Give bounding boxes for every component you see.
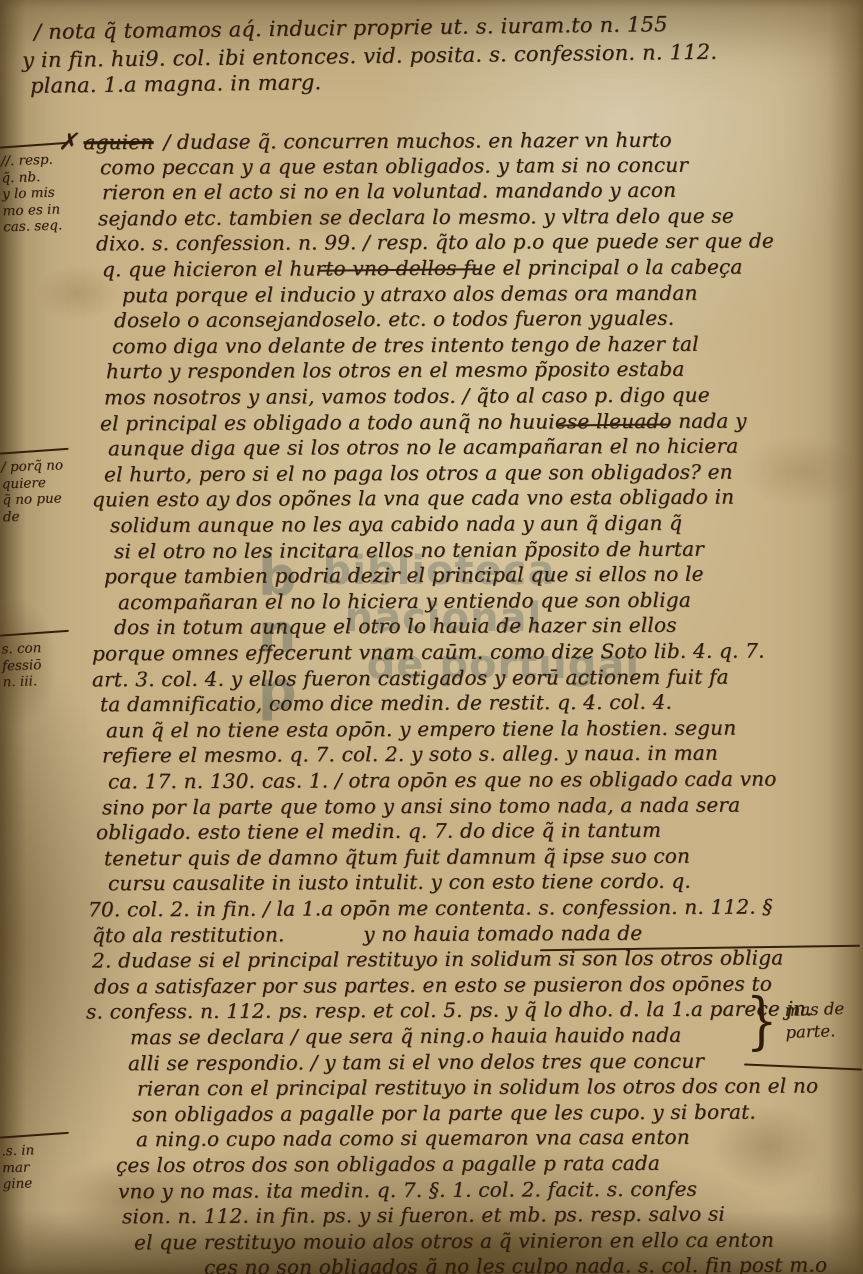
- body-line: acompañaran el no lo hiciera y entiendo …: [118, 588, 691, 614]
- body-line: q̃to ala restitution. y no hauia tomado …: [92, 920, 642, 946]
- header-note-line: / nota q̃ tomamos aq́. inducir proprie u…: [34, 12, 668, 44]
- body-line: 70. col. 2. in fin. / la 1.a opōn me con…: [88, 895, 773, 922]
- brace-note-text: mas departe.: [781, 998, 846, 1044]
- margin-note-line: n. iii.: [2, 672, 85, 691]
- body-line: como peccan y a que estan obligados. y t…: [100, 152, 688, 179]
- body-line: porque omnes effecerunt vnam caūm. como …: [92, 639, 765, 666]
- body-line: como diga vno delante de tres intento te…: [112, 332, 699, 359]
- body-line: dixo. s. confession. n. 99. / resp. q̃to…: [96, 229, 774, 256]
- body-line: ca. 17. n. 130. cas. 1. / otra opōn es q…: [108, 767, 777, 794]
- body-line: tenetur quis de damno q̃tum fuit damnum …: [104, 844, 690, 871]
- body-line: puta porque el inducio y atraxo alos dem…: [122, 280, 698, 307]
- body-line: porque tambien podria dezir el principal…: [104, 562, 704, 589]
- body-line: alli se respondio. / y tam si el vno del…: [128, 1048, 704, 1075]
- brace-icon: }: [746, 990, 778, 1052]
- body-line: cursu causalite in iusto intulit. y con …: [108, 869, 691, 896]
- body-line: mas se declara / que sera q̃ ning.o haui…: [130, 1023, 681, 1049]
- body-line: aun q̃ el no tiene esta opōn. y empero t…: [106, 715, 736, 742]
- brace-underline-stroke: [744, 1063, 862, 1071]
- body-line: el principal es obligado a todo aunq̃ no…: [100, 408, 747, 435]
- body-line: sion. n. 112. in fin. ps. y si fueron. e…: [122, 1202, 725, 1229]
- body-line: dos a satisfazer por sus partes. en esto…: [94, 971, 772, 998]
- body-line: refiere el mesmo. q. 7. col. 2. y soto s…: [102, 741, 718, 768]
- body-line: rieron en el acto si no en la voluntad. …: [102, 178, 676, 205]
- body-line: mos nosotros y ansi, vamos todos. / q̃to…: [104, 383, 710, 410]
- right-margin-brace-note: } mas departe.: [742, 990, 845, 1052]
- body-line: sino por la parte que tomo y ansi sino t…: [102, 792, 740, 819]
- body-line: aunque diga que si los otros no le acamp…: [108, 434, 738, 461]
- body-line: ✗aguien/ dudase q̃. concurren muchos. en…: [58, 127, 672, 156]
- body-line-text: / dudase q̃. concurren muchos. en hazer …: [163, 128, 671, 154]
- body-line: çes no son obligados q̃ no les culpo nad…: [204, 1253, 827, 1274]
- body-line: 2. dudase si el principal restituyo in s…: [92, 946, 783, 973]
- manuscript-page: bnp bibliotecanacionalde portugal / nota…: [0, 0, 863, 1274]
- body-line: quien esto ay dos opõnes la vna que cada…: [92, 485, 734, 512]
- body-line: ta damnificatio, como dice medin. de res…: [100, 690, 672, 716]
- body-line: son obligados a pagalle por la parte que…: [132, 1099, 756, 1126]
- body-line: çes los otros dos son obligados a pagall…: [116, 1151, 660, 1177]
- body-line: solidum aunque no les aya cabido nada y …: [110, 511, 682, 537]
- body-line: doselo o aconsejandoselo. etc. o todos f…: [114, 306, 674, 332]
- body-line: hurto y responden los otros en el mesmo …: [106, 357, 685, 384]
- body-line: sejando etc. tambien se declara lo mesmo…: [98, 203, 734, 230]
- margin-note: s. confessiōn. iii.: [1, 639, 85, 691]
- margin-note-line: cas. seq.: [3, 217, 86, 236]
- body-line: art. 3. col. 4. y ellos fueron castigado…: [92, 664, 729, 691]
- body-line: rieran con el principal restituyo in sol…: [137, 1074, 818, 1101]
- body-line: dos in totum aunque el otro lo hauia de …: [114, 613, 677, 639]
- brace-note-line: parte.: [785, 1020, 845, 1044]
- header-note-line: y in fin. hui9. col. ibi entonces. vid. …: [22, 40, 717, 72]
- struck-out-word: aguien: [83, 130, 163, 154]
- header-note-line: plana. 1.a magna. in marg.: [30, 70, 322, 98]
- body-line: a ning.o cupo nada como si quemaron vna …: [136, 1125, 690, 1151]
- body-line: s. confess. n. 112. ps. resp. et col. 5.…: [86, 997, 813, 1024]
- brace-note-line: mas de: [785, 998, 845, 1022]
- body-line: vno y no mas. ita medin. q. 7. §. 1. col…: [118, 1176, 697, 1203]
- margin-note-line: de: [3, 506, 86, 525]
- margin-note: .s. inmargine: [1, 1141, 85, 1193]
- body-line: obligado. esto tiene el medin. q. 7. do …: [96, 818, 661, 844]
- body-line: el hurto, pero si el no paga los otros a…: [104, 459, 733, 486]
- margin-note: //. resp.q̃. nb.y lo mismo es incas. seq…: [1, 151, 86, 236]
- body-line: el que restituyo mouio alos otros a q̃ v…: [134, 1227, 774, 1254]
- body-line: si el otro no les incitara ellos no teni…: [114, 536, 704, 563]
- margin-note-line: gine: [2, 1174, 85, 1193]
- margin-note: / porq̃ noquiereq̃ no puede: [1, 457, 85, 526]
